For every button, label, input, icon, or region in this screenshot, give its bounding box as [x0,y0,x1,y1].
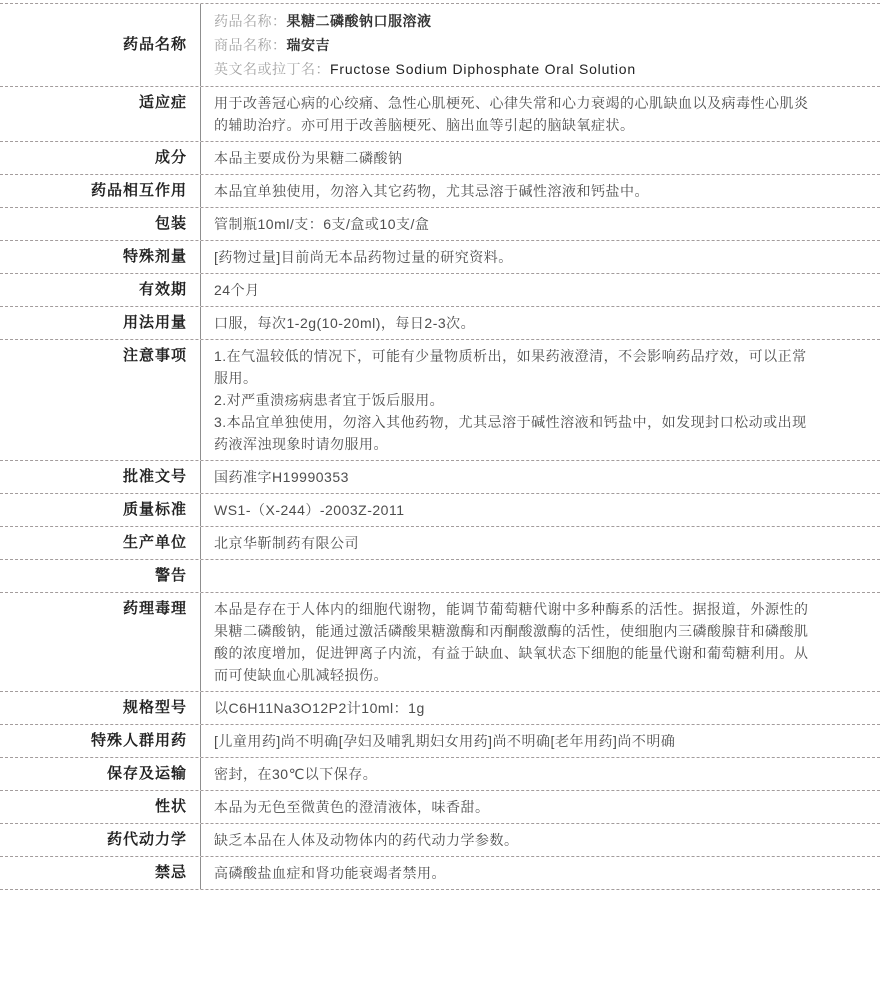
row-label: 注意事项 [0,340,201,460]
row-label: 成分 [0,142,201,174]
table-row: 适应症用于改善冠心病的心绞痛、急性心肌梗死、心律失常和心力衰竭的心肌缺血以及病毒… [0,87,880,142]
table-row: 禁忌高磷酸盐血症和肾功能衰竭者禁用。 [0,857,880,890]
row-label: 用法用量 [0,307,201,339]
table-row: 包装管制瓶10ml/支：6支/盒或10支/盒 [0,208,880,241]
table-row: 药理毒理本品是存在于人体内的细胞代谢物，能调节葡萄糖代谢中多种酶系的活性。据报道… [0,593,880,692]
name-field-value: Fructose Sodium Diphosphate Oral Solutio… [330,61,636,77]
row-content: 缺乏本品在人体及动物体内的药代动力学参数。 [201,824,880,856]
row-label: 保存及运输 [0,758,201,790]
drug-name-line: 药品名称：果糖二磷酸钠口服溶液 [214,9,818,33]
row-content: 本品为无色至微黄色的澄清液体，味香甜。 [201,791,880,823]
row-content: 密封，在30℃以下保存。 [201,758,880,790]
table-row: 成分本品主要成份为果糖二磷酸钠 [0,142,880,175]
row-content: 本品宜单独使用，勿溶入其它药物，尤其忌溶于碱性溶液和钙盐中。 [201,175,880,207]
table-row: 药品相互作用本品宜单独使用，勿溶入其它药物，尤其忌溶于碱性溶液和钙盐中。 [0,175,880,208]
table-row: 警告 [0,560,880,593]
table-row: 批准文号国药准字H19990353 [0,461,880,494]
row-label: 特殊人群用药 [0,725,201,757]
row-content: 管制瓶10ml/支：6支/盒或10支/盒 [201,208,880,240]
table-row: 用法用量口服，每次1-2g(10-20ml)，每日2-3次。 [0,307,880,340]
row-content: 北京华靳制药有限公司 [201,527,880,559]
table-row: 保存及运输密封，在30℃以下保存。 [0,758,880,791]
table-row: 药品名称药品名称：果糖二磷酸钠口服溶液商品名称：瑞安吉英文名或拉丁名：Fruct… [0,4,880,87]
row-content: 以C6H11Na3O12P2计10ml：1g [201,692,880,724]
content-paragraph: 2.对严重溃疡病患者宜于饭后服用。 [214,389,818,411]
row-label: 特殊剂量 [0,241,201,273]
drug-name-line: 英文名或拉丁名：Fructose Sodium Diphosphate Oral… [214,57,818,81]
name-field-label: 药品名称： [214,13,287,29]
table-row: 药代动力学缺乏本品在人体及动物体内的药代动力学参数。 [0,824,880,857]
name-field-label: 英文名或拉丁名： [214,61,330,77]
row-label: 药品名称 [0,4,201,86]
row-content: 用于改善冠心病的心绞痛、急性心肌梗死、心律失常和心力衰竭的心肌缺血以及病毒性心肌… [201,87,880,141]
table-row: 规格型号以C6H11Na3O12P2计10ml：1g [0,692,880,725]
row-label: 药理毒理 [0,593,201,691]
row-label: 生产单位 [0,527,201,559]
row-content [201,560,880,592]
drug-info-table: 药品名称药品名称：果糖二磷酸钠口服溶液商品名称：瑞安吉英文名或拉丁名：Fruct… [0,3,880,890]
row-content: 口服，每次1-2g(10-20ml)，每日2-3次。 [201,307,880,339]
table-row: 特殊剂量[药物过量]目前尚无本品药物过量的研究资料。 [0,241,880,274]
row-content: 1.在气温较低的情况下，可能有少量物质析出，如果药液澄清，不会影响药品疗效，可以… [201,340,880,460]
name-field-label: 商品名称： [214,37,287,53]
content-paragraph: 3.本品宜单独使用，勿溶入其他药物，尤其忌溶于碱性溶液和钙盐中，如发现封口松动或… [214,411,818,455]
row-label: 质量标准 [0,494,201,526]
row-content: 高磷酸盐血症和肾功能衰竭者禁用。 [201,857,880,889]
row-label: 禁忌 [0,857,201,889]
name-field-value: 瑞安吉 [287,37,331,53]
content-paragraph: 1.在气温较低的情况下，可能有少量物质析出，如果药液澄清，不会影响药品疗效，可以… [214,345,818,389]
row-content: 药品名称：果糖二磷酸钠口服溶液商品名称：瑞安吉英文名或拉丁名：Fructose … [201,4,880,86]
table-row: 特殊人群用药[儿童用药]尚不明确[孕妇及哺乳期妇女用药]尚不明确[老年用药]尚不… [0,725,880,758]
row-label: 性状 [0,791,201,823]
table-row: 注意事项1.在气温较低的情况下，可能有少量物质析出，如果药液澄清，不会影响药品疗… [0,340,880,461]
name-field-value: 果糖二磷酸钠口服溶液 [287,13,432,29]
row-content: 国药准字H19990353 [201,461,880,493]
row-label: 包装 [0,208,201,240]
row-label: 规格型号 [0,692,201,724]
row-label: 药代动力学 [0,824,201,856]
table-row: 性状本品为无色至微黄色的澄清液体，味香甜。 [0,791,880,824]
row-label: 批准文号 [0,461,201,493]
table-row: 生产单位北京华靳制药有限公司 [0,527,880,560]
table-row: 有效期24个月 [0,274,880,307]
row-content: [药物过量]目前尚无本品药物过量的研究资料。 [201,241,880,273]
row-label: 药品相互作用 [0,175,201,207]
drug-name-line: 商品名称：瑞安吉 [214,33,818,57]
row-label: 适应症 [0,87,201,141]
table-row: 质量标准WS1-（X-244）-2003Z-2011 [0,494,880,527]
row-content: 本品主要成份为果糖二磷酸钠 [201,142,880,174]
row-label: 有效期 [0,274,201,306]
row-content: 本品是存在于人体内的细胞代谢物，能调节葡萄糖代谢中多种酶系的活性。据报道，外源性… [201,593,880,691]
row-content: WS1-（X-244）-2003Z-2011 [201,494,880,526]
row-label: 警告 [0,560,201,592]
row-content: 24个月 [201,274,880,306]
row-content: [儿童用药]尚不明确[孕妇及哺乳期妇女用药]尚不明确[老年用药]尚不明确 [201,725,880,757]
